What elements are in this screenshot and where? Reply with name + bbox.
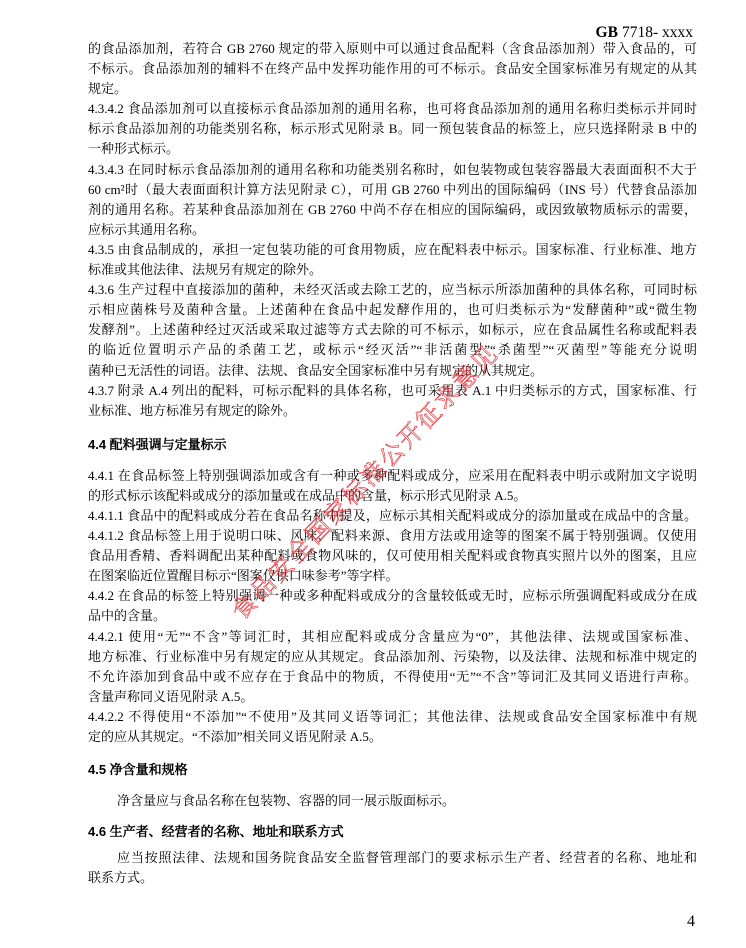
paragraph-4-4-1-2: 4.4.1.2 食品标签上用于说明口味、风味、配料来源、食用方法或用途等的图案不… <box>88 526 697 586</box>
text-line: 应当按照法律、法规和国务院食品安全监督管理部门的要求标示生产者、经营者的名称、地… <box>88 848 697 868</box>
text-line: 4.4.2 在食品的标签上特别强调一种或多种配料或成分的含量较低或无时，应标示所… <box>88 586 697 606</box>
page-number: 4 <box>687 911 695 933</box>
text-line: 标示食品添加剂的功能类别名称，标示形式见附录 B。同一预包装食品的标签上，应只选… <box>88 119 697 139</box>
text-line: 的形式标示该配料或成分的添加量或在成品中的含量，标示形式见附录 A.5。 <box>88 486 697 506</box>
section-4-6: 4.6 生产者、经营者的名称、地址和联系方式 应当按照法律、法规和国务院食品安全… <box>88 822 697 888</box>
section-4-4: 4.4 配料强调与定量标示 4.4.1 在食品标签上特别强调添加或含有一种或多种… <box>88 435 697 747</box>
text-line: 应标示其通用名称。 <box>88 220 697 240</box>
paragraph-4-3-5: 4.3.5 由食品制成的，承担一定包装功能的可食用物质，应在配料表中标示。国家标… <box>88 240 697 280</box>
text-line: 60 cm²时（最大表面面积计算方法见附录 C），可用 GB 2760 中列出的… <box>88 180 697 200</box>
text-line: 规定。 <box>88 79 697 99</box>
text-line: 的食品添加剂，若符合 GB 2760 规定的带入原则中可以通过食品配料（含食品添… <box>88 39 697 59</box>
paragraph-4-4-2-1: 4.4.2.1 使用“无”“不含”等词汇时，其相应配料或成分含量应为“0”，其他… <box>88 627 697 707</box>
text-line: 定的应从其规定。“不添加”相关同义语见附录 A.5。 <box>88 727 697 747</box>
text-line: 的临近位置明示产品的杀菌工艺，或标示“经灭活”“非活菌型”“杀菌型”“灭菌型”等… <box>88 340 697 360</box>
text-line: 品中的含量。 <box>88 606 697 626</box>
text-line: 示相应菌株号及菌种含量。上述菌种在食品中起发酵作用的，也可归类标示为“发酵菌种”… <box>88 300 697 320</box>
text-line: 4.3.5 由食品制成的，承担一定包装功能的可食用物质，应在配料表中标示。国家标… <box>88 240 697 260</box>
paragraph-4-3-4-2: 4.3.4.2 食品添加剂可以直接标示食品添加剂的通用名称，也可将食品添加剂的通… <box>88 99 697 159</box>
text-line: 4.4.2.1 使用“无”“不含”等词汇时，其相应配料或成分含量应为“0”，其他… <box>88 627 697 647</box>
text-line: 联系方式。 <box>88 868 697 888</box>
section-heading-4-4: 4.4 配料强调与定量标示 <box>88 435 697 455</box>
text-line: 在图案临近位置醒目标示“图案仅供口味参考”等字样。 <box>88 566 697 586</box>
text-line: 4.3.7 附录 A.4 列出的配料，可标示配料的具体名称，也可采用表 A.1 … <box>88 381 697 401</box>
text-line: 4.4.1 在食品标签上特别强调添加或含有一种或多种配料或成分，应采用在配料表中… <box>88 466 697 486</box>
text-line: 含量声称同义语见附录 A.5。 <box>88 687 697 707</box>
text-line: 4.3.6 生产过程中直接添加的菌种，未经灭活或去除工艺的，应当标示所添加菌种的… <box>88 280 697 300</box>
text-line: 标准或其他法律、法规另有规定的除外。 <box>88 260 697 280</box>
paragraph-4-3-6: 4.3.6 生产过程中直接添加的菌种，未经灭活或去除工艺的，应当标示所添加菌种的… <box>88 280 697 380</box>
paragraph-4-3-7: 4.3.7 附录 A.4 列出的配料，可标示配料的具体名称，也可采用表 A.1 … <box>88 381 697 421</box>
paragraph-4-3-4-3: 4.3.4.3 在同时标示食品添加剂的通用名称和功能类别名称时，如包装物或包装容… <box>88 160 697 240</box>
paragraph-continued: 的食品添加剂，若符合 GB 2760 规定的带入原则中可以通过食品配料（含食品添… <box>88 39 697 99</box>
text-line: 剂的通用名称。若某种食品添加剂在 GB 2760 中尚不存在相应的国际编码，或因… <box>88 200 697 220</box>
text-line: 不标示。食品添加剂的辅料不在终产品中发挥功能作用的可不标示。食品安全国家标准另有… <box>88 59 697 79</box>
text-line: 不允许添加到食品中或不应存在于食品中的物质，不得使用“无”“不含”等词汇及其同义… <box>88 667 697 687</box>
text-line: 地方标准、行业标准中另有规定的应从其规定。食品添加剂、污染物，以及法律、法规和标… <box>88 647 697 667</box>
text-line: 业标准、地方标准另有规定的除外。 <box>88 401 697 421</box>
paragraph-4-4-2-2: 4.4.2.2 不得使用“不添加”“不使用”及其同义语等词汇；其他法律、法规或食… <box>88 707 697 747</box>
paragraph-4-5: 净含量应与食品名称在包装物、容器的同一展示版面标示。 <box>88 791 697 811</box>
text-line: 一种形式标示。 <box>88 139 697 159</box>
text-line: 4.4.1.2 食品标签上用于说明口味、风味、配料来源、食用方法或用途等的图案不… <box>88 526 697 546</box>
text-line: 4.3.4.3 在同时标示食品添加剂的通用名称和功能类别名称时，如包装物或包装容… <box>88 160 697 180</box>
text-line: 净含量应与食品名称在包装物、容器的同一展示版面标示。 <box>88 791 697 811</box>
section-heading-4-5: 4.5 净含量和规格 <box>88 760 697 780</box>
text-line: 菌种已无活性的词语。法律、法规、食品安全国家标准中另有规定的从其规定。 <box>88 361 697 381</box>
paragraph-4-4-2: 4.4.2 在食品的标签上特别强调一种或多种配料或成分的含量较低或无时，应标示所… <box>88 586 697 626</box>
text-line: 4.3.4.2 食品添加剂可以直接标示食品添加剂的通用名称，也可将食品添加剂的通… <box>88 99 697 119</box>
paragraph-4-6: 应当按照法律、法规和国务院食品安全监督管理部门的要求标示生产者、经营者的名称、地… <box>88 848 697 888</box>
paragraph-4-4-1: 4.4.1 在食品标签上特别强调添加或含有一种或多种配料或成分，应采用在配料表中… <box>88 466 697 506</box>
text-line: 4.4.2.2 不得使用“不添加”“不使用”及其同义语等词汇；其他法律、法规或食… <box>88 707 697 727</box>
section-4-5: 4.5 净含量和规格 净含量应与食品名称在包装物、容器的同一展示版面标示。 <box>88 760 697 811</box>
section-4-3-continued: 的食品添加剂，若符合 GB 2760 规定的带入原则中可以通过食品配料（含食品添… <box>88 39 697 421</box>
text-line: 食品用香精、香料调配出某种配料或食物风味的，仅可使用相关配料或食物真实照片以外的… <box>88 546 697 566</box>
text-line: 发酵剂”。上述菌种经过灭活或采取过滤等方式去除的可不标示，如标示，应在食品属性名… <box>88 320 697 340</box>
document-page: GB7718- xxxx 的食品添加剂，若符合 GB 2760 规定的带入原则中… <box>0 0 746 948</box>
section-heading-4-6: 4.6 生产者、经营者的名称、地址和联系方式 <box>88 822 697 842</box>
text-line: 4.4.1.1 食品中的配料或成分若在食品名称中提及，应标示其相关配料或成分的添… <box>88 506 697 526</box>
paragraph-4-4-1-1: 4.4.1.1 食品中的配料或成分若在食品名称中提及，应标示其相关配料或成分的添… <box>88 506 697 526</box>
document-body: 的食品添加剂，若符合 GB 2760 规定的带入原则中可以通过食品配料（含食品添… <box>88 39 697 888</box>
